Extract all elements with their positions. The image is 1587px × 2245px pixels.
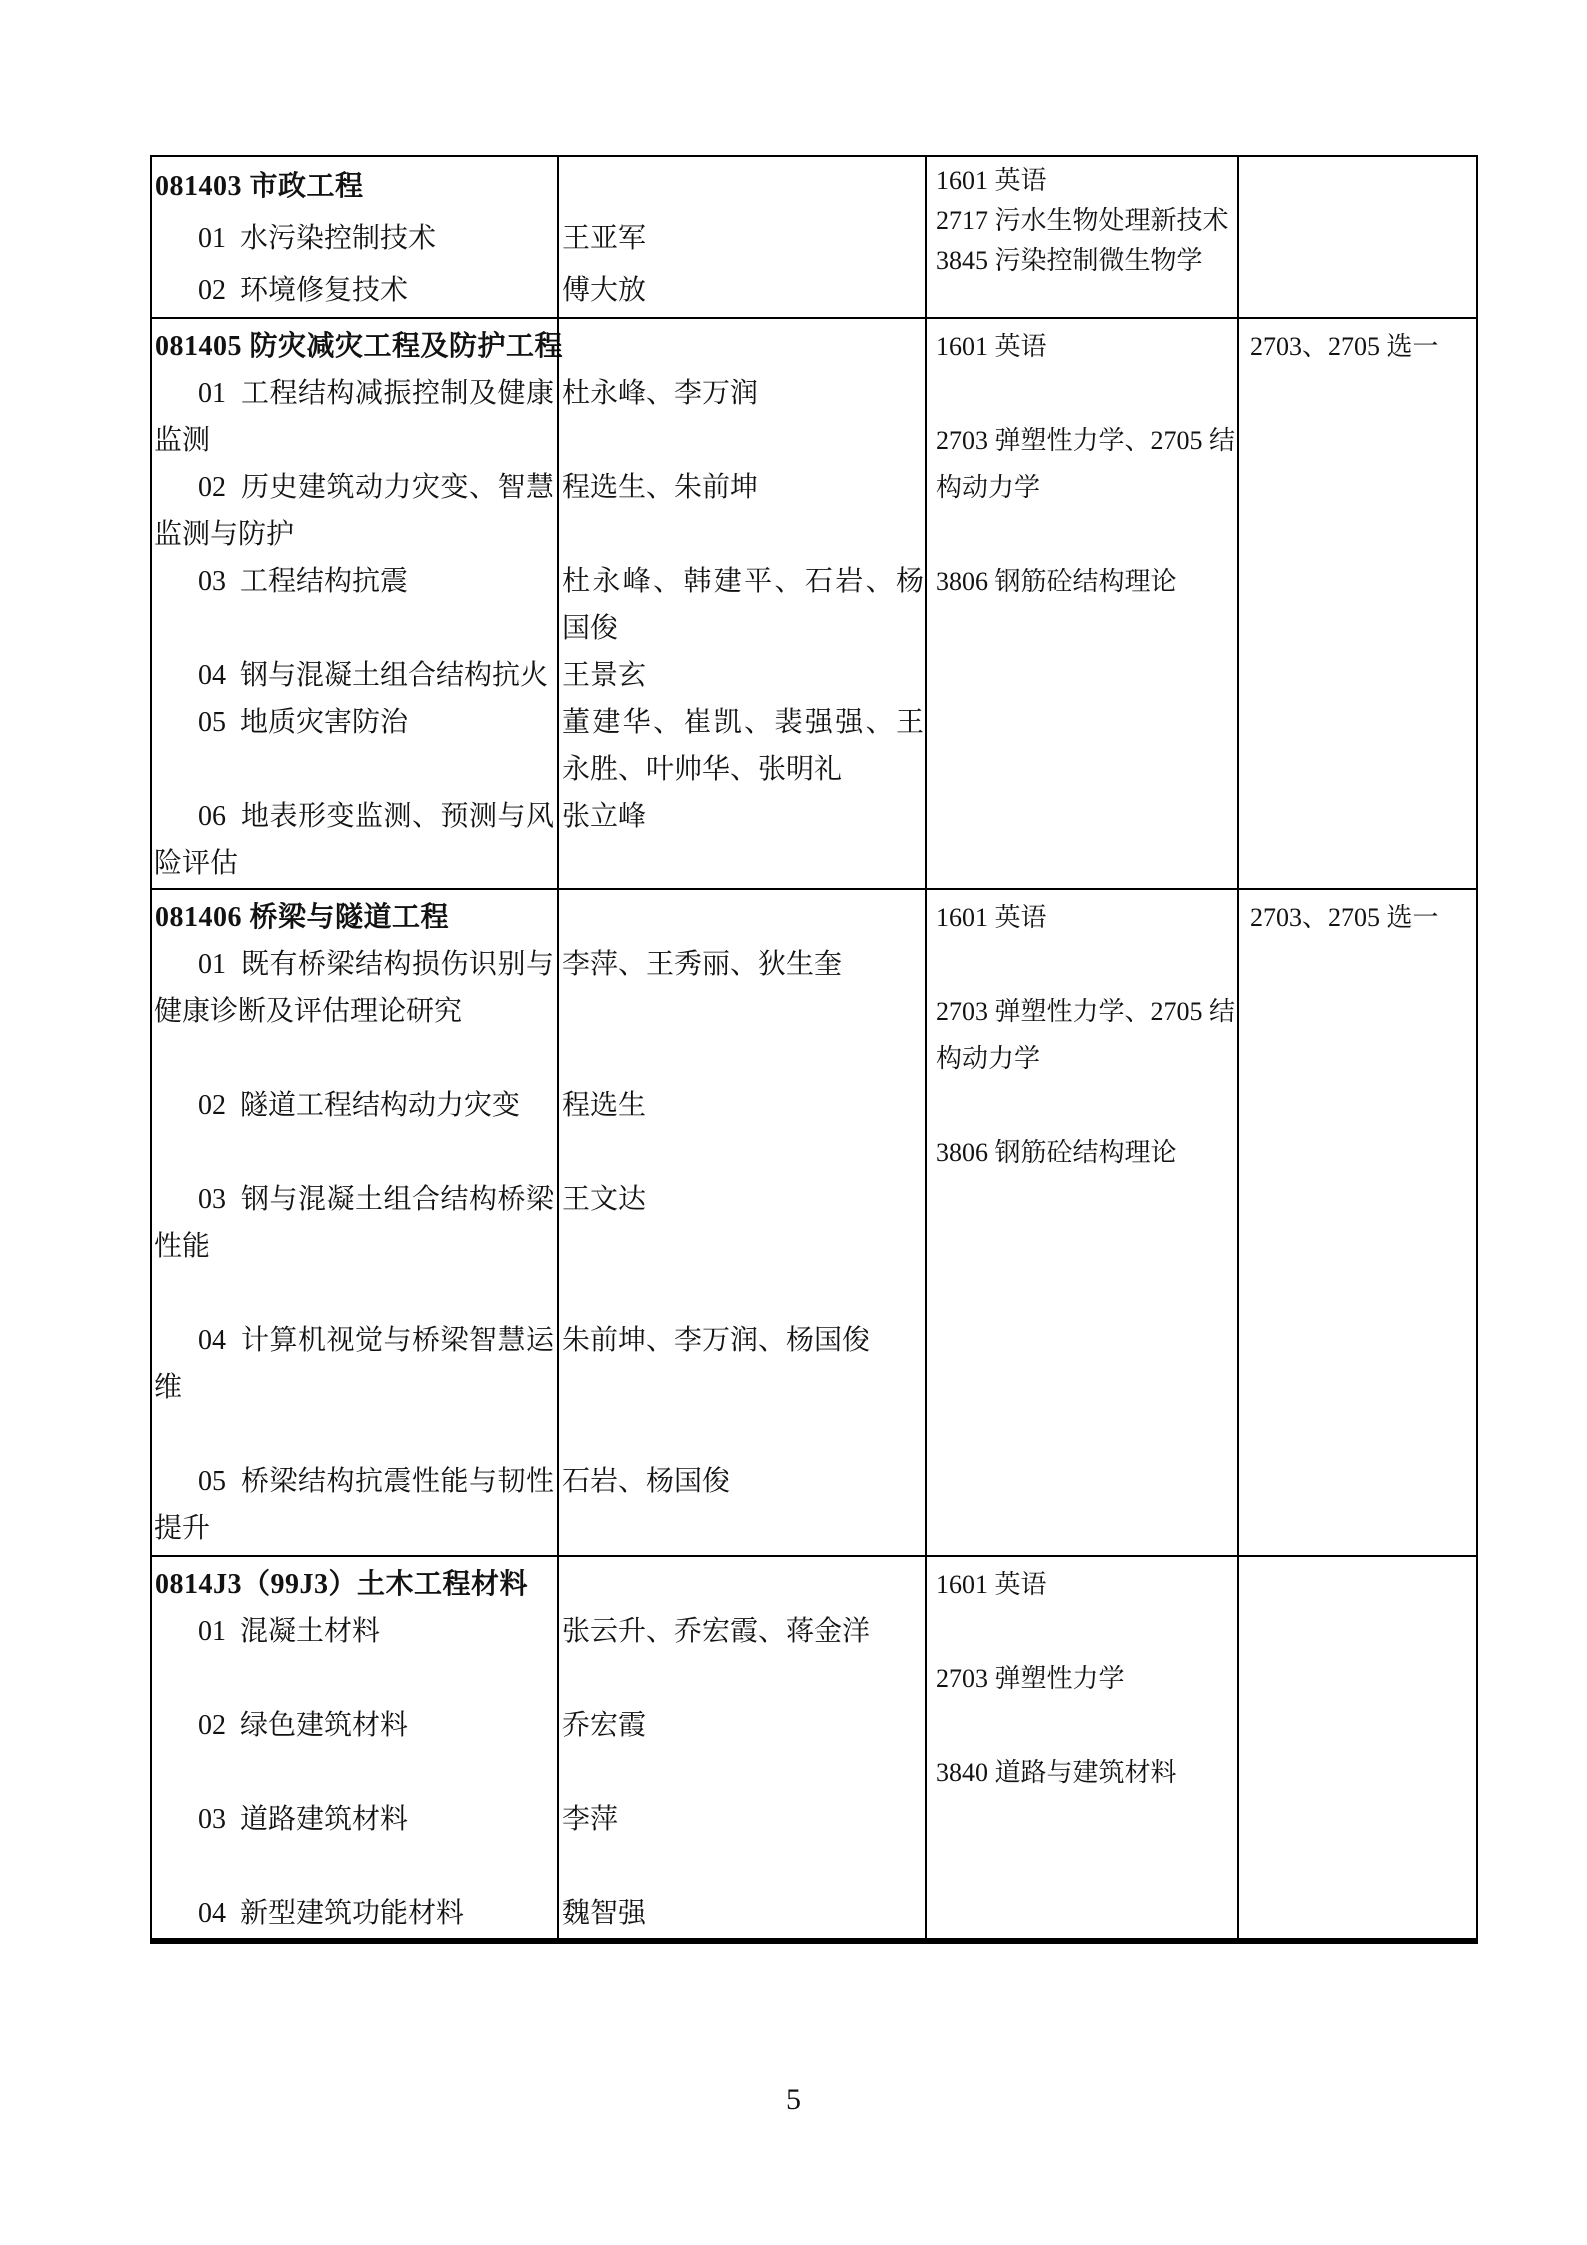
advisor-names: 董建华、崔凯、裴强强、王永胜、叶帅华、张明礼 [557,699,927,793]
direction-row: 02 隧道工程结构动力灾变程选生 [152,1082,927,1129]
direction-row: 04 新型建筑功能材料魏智强 [152,1890,927,1937]
direction-row: 01 工程结构减振控制及健康监测杜永峰、李万润 [152,370,927,464]
section-row: 0814J3（99J3）土木工程材料01 混凝土材料张云升、乔宏霞、蒋金洋02 … [152,1555,1476,1938]
direction-and-advisor-columns: 0814J3（99J3）土木工程材料01 混凝土材料张云升、乔宏霞、蒋金洋02 … [152,1561,927,1938]
research-direction: 01 工程结构减振控制及健康监测 [152,370,557,464]
research-direction: 02 隧道工程结构动力灾变 [152,1082,557,1129]
direction-row: 02 历史建筑动力灾变、智慧监测与防护程选生、朱前坤 [152,464,927,558]
exam-subjects-cell: 1601 英语2717 污水生物处理新技术3845 污染控制微生物学 [927,161,1239,317]
column-divider [557,319,559,888]
column-divider [557,1557,559,1938]
exam-subject: 2703 弹塑性力学 [936,1655,1237,1702]
direction-row: 05 地质灾害防治董建华、崔凯、裴强强、王永胜、叶帅华、张明礼 [152,699,927,793]
column-divider [1237,890,1239,1555]
advisor-names: 傅大放 [557,265,927,317]
advisor-names: 程选生 [557,1082,927,1129]
direction-row: 04 计算机视觉与桥梁智慧运维朱前坤、李万润、杨国俊 [152,1317,927,1411]
research-direction: 01 混凝土材料 [152,1608,557,1655]
research-direction: 04 新型建筑功能材料 [152,1890,557,1937]
advisor-names: 李萍、王秀丽、狄生奎 [557,941,927,1035]
section-title: 081403 市政工程 [152,161,927,213]
exam-subject: 3840 道路与建筑材料 [936,1749,1237,1796]
remark-cell: 2703、2705 选一 [1239,323,1476,888]
remark-text: 2703、2705 选一 [1250,894,1472,941]
direction-row: 04 钢与混凝土组合结构抗火王景玄 [152,652,927,699]
advisor-names: 程选生、朱前坤 [557,464,927,558]
exam-subject: 1601 英语 [936,161,1237,201]
exam-subject: 1601 英语 [936,894,1237,941]
exam-subject: 3845 污染控制微生物学 [936,241,1237,281]
research-direction: 02 历史建筑动力灾变、智慧监测与防护 [152,464,557,558]
direction-and-advisor-columns: 081406 桥梁与隧道工程01 既有桥梁结构损伤识别与健康诊断及评估理论研究李… [152,894,927,1555]
exam-subject: 2703 弹塑性力学、2705 结构动力学 [936,417,1237,511]
exam-subjects-cell: 1601 英语2703 弹塑性力学3840 道路与建筑材料 [927,1561,1239,1938]
research-direction: 06 地表形变监测、预测与风险评估 [152,793,557,887]
direction-row: 03 工程结构抗震杜永峰、韩建平、石岩、杨国俊 [152,558,927,652]
advisor-names: 乔宏霞 [557,1702,927,1749]
column-divider [1237,1557,1239,1938]
research-direction: 01 既有桥梁结构损伤识别与健康诊断及评估理论研究 [152,941,557,1035]
section-title: 081405 防灾减灾工程及防护工程 [152,323,927,370]
advisor-names: 张云升、乔宏霞、蒋金洋 [557,1608,927,1655]
advisor-names: 杜永峰、韩建平、石岩、杨国俊 [557,558,927,652]
research-direction: 05 地质灾害防治 [152,699,557,793]
exam-subject: 2717 污水生物处理新技术 [936,201,1237,241]
exam-subject: 3806 钢筋砼结构理论 [936,1129,1237,1176]
advisor-names: 王亚军 [557,213,927,265]
column-divider [925,890,927,1555]
direction-row: 03 钢与混凝土组合结构桥梁性能王文达 [152,1176,927,1270]
research-direction: 03 工程结构抗震 [152,558,557,652]
direction-row: 02 环境修复技术傅大放 [152,265,927,317]
remark-cell: 2703、2705 选一 [1239,894,1476,1555]
column-divider [925,157,927,317]
column-divider [925,1557,927,1938]
advisor-names: 魏智强 [557,1890,927,1937]
research-direction: 01 水污染控制技术 [152,213,557,265]
exam-subject: 2703 弹塑性力学、2705 结构动力学 [936,988,1237,1082]
advisor-names: 张立峰 [557,793,927,887]
direction-row: 01 水污染控制技术王亚军 [152,213,927,265]
section-title: 081406 桥梁与隧道工程 [152,894,927,941]
advisor-names: 杜永峰、李万润 [557,370,927,464]
page-number: 5 [0,2083,1587,2117]
advisor-names: 石岩、杨国俊 [557,1458,927,1552]
column-divider [925,319,927,888]
exam-subject: 1601 英语 [936,1561,1237,1608]
column-divider [557,157,559,317]
research-direction: 03 钢与混凝土组合结构桥梁性能 [152,1176,557,1270]
advisor-names: 王景玄 [557,652,927,699]
advisor-names: 李萍 [557,1796,927,1843]
research-direction: 02 绿色建筑材料 [152,1702,557,1749]
direction-row: 01 既有桥梁结构损伤识别与健康诊断及评估理论研究李萍、王秀丽、狄生奎 [152,941,927,1035]
section-row: 081403 市政工程01 水污染控制技术王亚军02 环境修复技术傅大放1601… [152,157,1476,317]
research-direction: 04 钢与混凝土组合结构抗火 [152,652,557,699]
direction-and-advisor-columns: 081405 防灾减灾工程及防护工程01 工程结构减振控制及健康监测杜永峰、李万… [152,323,927,888]
direction-row: 03 道路建筑材料李萍 [152,1796,927,1843]
section-row: 081406 桥梁与隧道工程01 既有桥梁结构损伤识别与健康诊断及评估理论研究李… [152,888,1476,1555]
remark-cell [1239,1561,1476,1938]
exam-subject: 1601 英语 [936,323,1237,370]
document-page: 081403 市政工程01 水污染控制技术王亚军02 环境修复技术傅大放1601… [0,0,1587,2245]
direction-row: 05 桥梁结构抗震性能与韧性提升石岩、杨国俊 [152,1458,927,1552]
section-title: 0814J3（99J3）土木工程材料 [152,1561,927,1608]
remark-text: 2703、2705 选一 [1250,323,1472,370]
direction-and-advisor-columns: 081403 市政工程01 水污染控制技术王亚军02 环境修复技术傅大放 [152,161,927,317]
research-direction: 02 环境修复技术 [152,265,557,317]
advisor-names: 朱前坤、李万润、杨国俊 [557,1317,927,1411]
advisor-names: 王文达 [557,1176,927,1270]
remark-cell [1239,161,1476,317]
exam-subject: 3806 钢筋砼结构理论 [936,558,1237,605]
column-divider [557,890,559,1555]
research-direction: 04 计算机视觉与桥梁智慧运维 [152,1317,557,1411]
direction-row: 06 地表形变监测、预测与风险评估张立峰 [152,793,927,887]
exam-subjects-cell: 1601 英语2703 弹塑性力学、2705 结构动力学3806 钢筋砼结构理论 [927,894,1239,1555]
research-direction: 03 道路建筑材料 [152,1796,557,1843]
section-row: 081405 防灾减灾工程及防护工程01 工程结构减振控制及健康监测杜永峰、李万… [152,317,1476,888]
column-divider [1237,319,1239,888]
direction-row: 01 混凝土材料张云升、乔宏霞、蒋金洋 [152,1608,927,1655]
direction-row: 02 绿色建筑材料乔宏霞 [152,1702,927,1749]
admissions-table: 081403 市政工程01 水污染控制技术王亚军02 环境修复技术傅大放1601… [150,155,1478,1944]
column-divider [1237,157,1239,317]
exam-subjects-cell: 1601 英语2703 弹塑性力学、2705 结构动力学3806 钢筋砼结构理论 [927,323,1239,888]
research-direction: 05 桥梁结构抗震性能与韧性提升 [152,1458,557,1552]
